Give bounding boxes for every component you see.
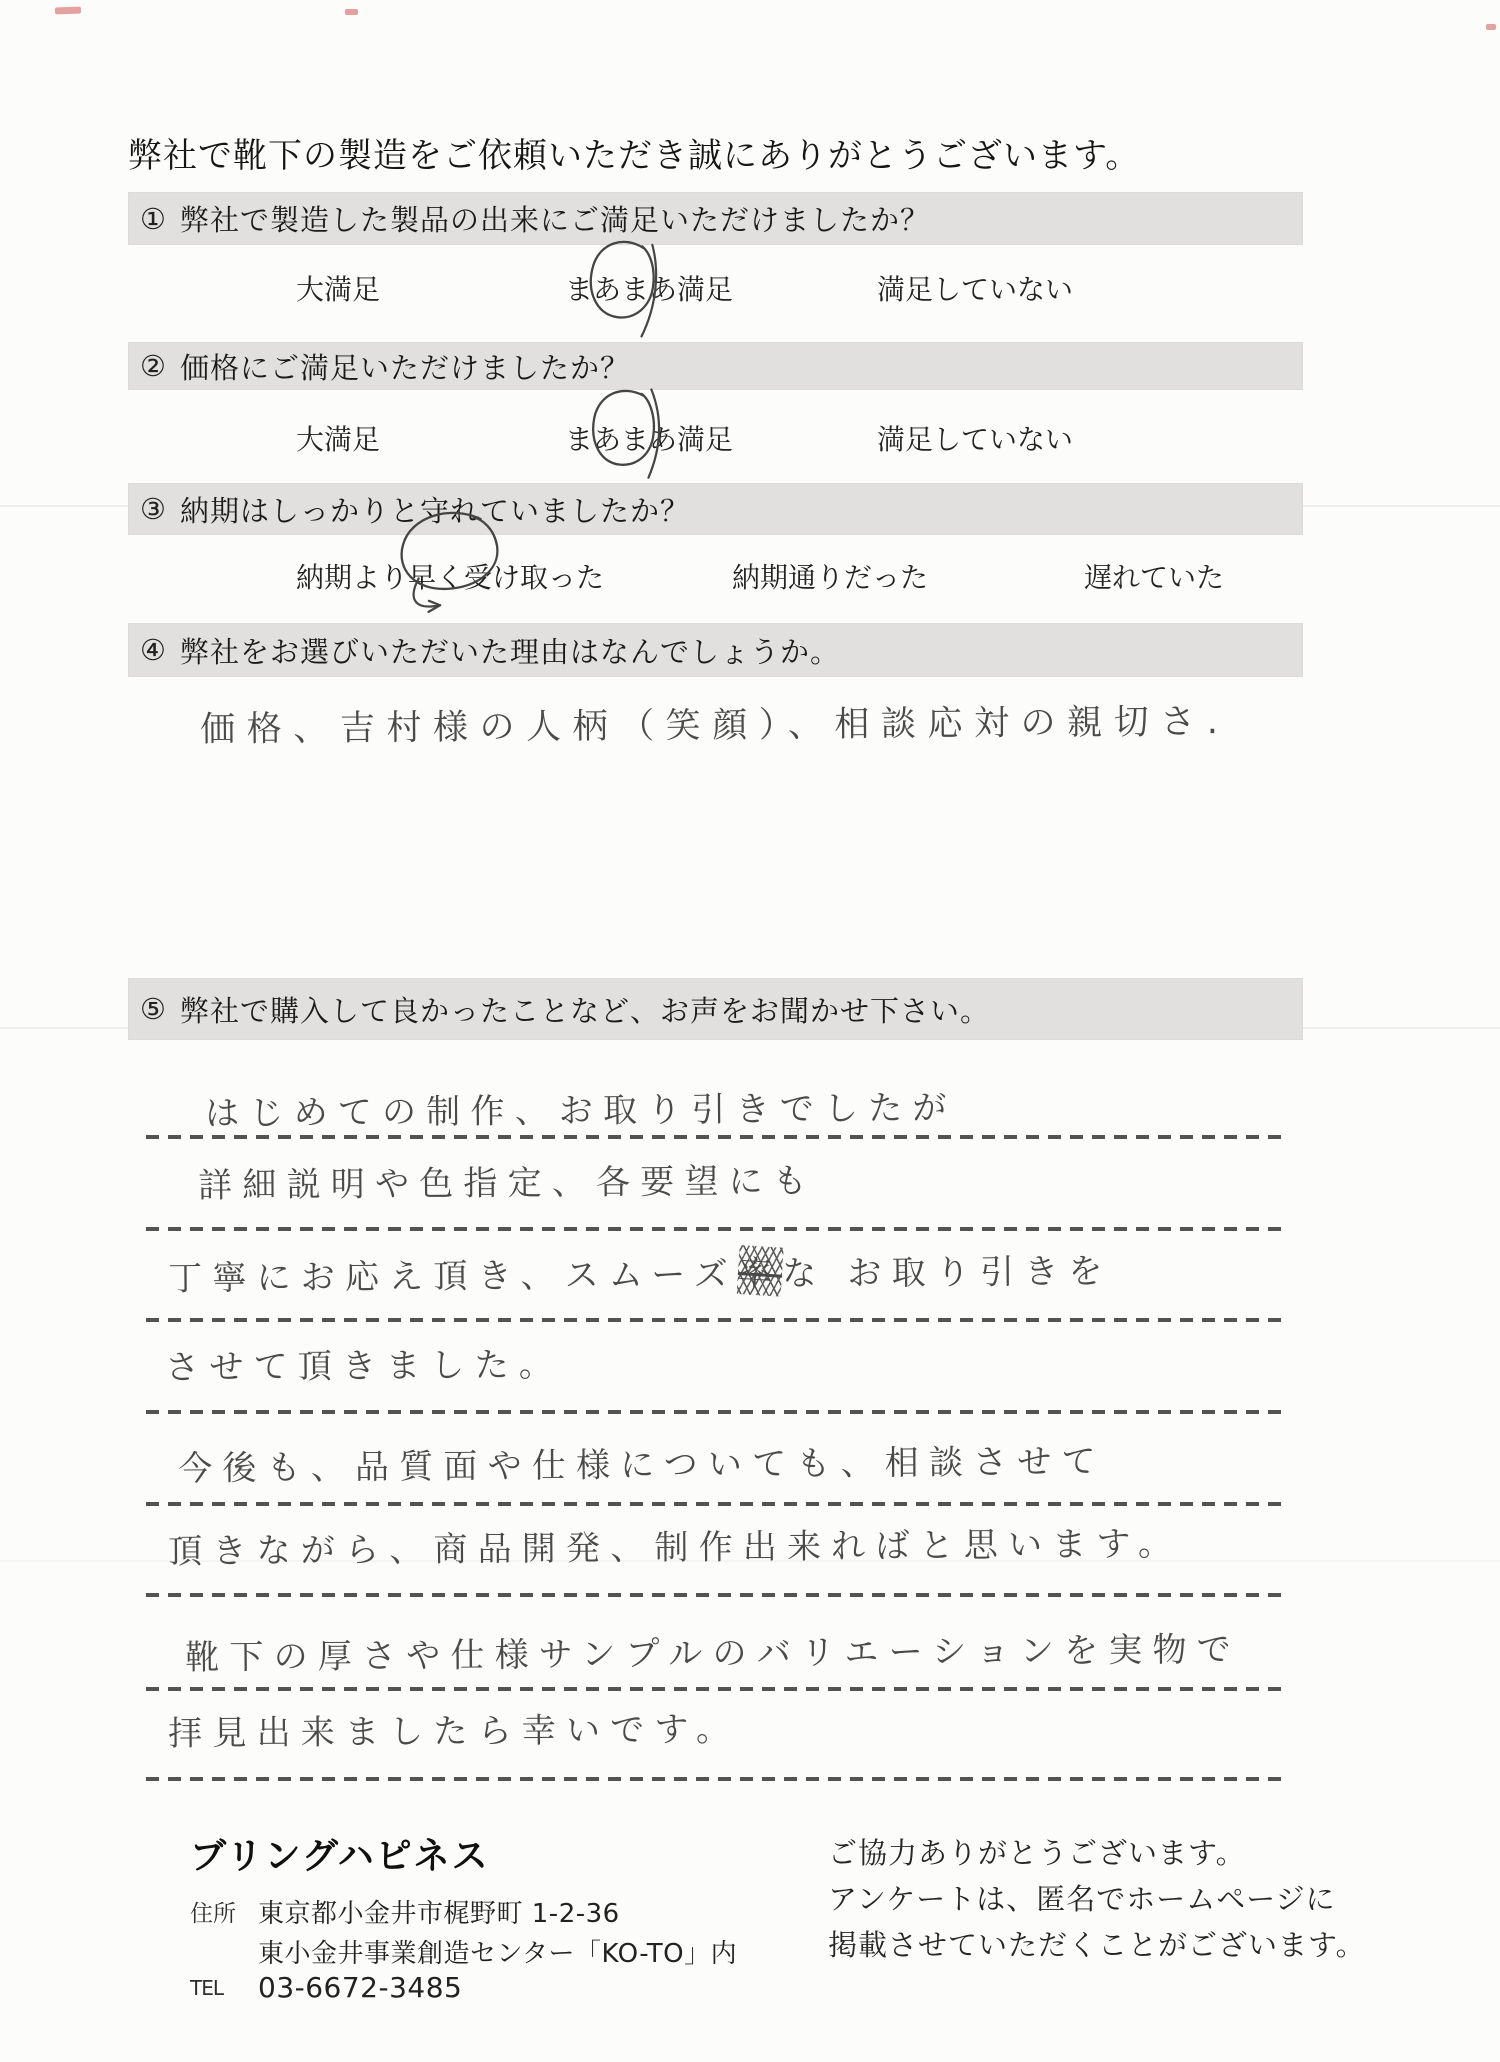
company-name: ブリングハピネス <box>190 1828 490 1879</box>
question-3-bar: ③ 納期はしっかりと守れていましたか？ <box>128 483 1303 535</box>
question-2-option-fuman: 満足していない <box>877 418 1073 458</box>
handwritten-selection-circle-q3 <box>385 504 541 624</box>
dashed-writing-line <box>146 1777 1288 1781</box>
dashed-writing-line <box>146 1687 1288 1691</box>
footer-note-line-1: ご協力ありがとうございます。 <box>828 1831 1246 1872</box>
question-5-bar: ⑤ 弊社で購入して良かったことなど、お声をお聞かせ下さい。 <box>128 978 1303 1040</box>
address-line-2: 東小金井事業創造センター「KO-TO」内 <box>258 1933 737 1970</box>
question-1-text: 弊社で製造した製品の出来にご満足いただけましたか？ <box>180 198 930 239</box>
scan-artifact-mark <box>55 7 81 15</box>
tel-number: 03-6672-3485 <box>258 1971 462 2004</box>
question-3-option-late: 遅れていた <box>1084 556 1224 596</box>
question-1-number: ① <box>140 202 166 236</box>
free-response-line-2: 詳細説明や色指定、各要望にも <box>198 1153 817 1207</box>
question-2-text: 価格にご満足いただけましたか？ <box>180 346 630 387</box>
handwritten-selection-circle-q2 <box>581 384 694 488</box>
dashed-writing-line <box>146 1227 1288 1231</box>
free-response-line-5: 今後も、品質面や仕様についても、相談させて <box>178 1434 1106 1490</box>
scan-artifact-mark <box>345 9 358 15</box>
question-4-number: ④ <box>140 633 166 667</box>
question-3-number: ③ <box>140 492 166 526</box>
dashed-writing-line <box>146 1593 1288 1597</box>
address-label: 住所 <box>190 1895 236 1928</box>
question-2-option-daimanzoku: 大満足 <box>296 418 380 458</box>
question-2-number: ② <box>140 349 166 383</box>
scan-artifact-mark <box>1486 24 1496 30</box>
question-4-handwritten-answer: 価格、吉村様の人柄（笑顔）、相談応対の親切さ. <box>200 694 1230 752</box>
question-4-bar: ④ 弊社をお選びいただいた理由はなんでしょうか。 <box>128 623 1303 677</box>
handwritten-selection-circle-q1 <box>577 235 692 343</box>
question-1-option-fuman: 満足していない <box>877 268 1073 308</box>
question-5-number: ⑤ <box>140 992 166 1026</box>
question-3-option-ontime: 納期通りだった <box>732 556 928 596</box>
free-response-line-7: 靴下の厚さや仕様サンプルのバリエーションを実物で <box>185 1622 1241 1679</box>
free-response-line-3: 丁寧にお応え頂き、スムーズ率な お取り引きを <box>168 1244 1113 1300</box>
scanned-survey-page: 弊社で靴下の製造をご依頼いただき誠にありがとうございます。 ① 弊社で製造した製… <box>0 0 1500 2062</box>
question-4-text: 弊社をお選びいただいた理由はなんでしょうか。 <box>180 630 840 671</box>
dashed-writing-line <box>146 1135 1288 1139</box>
page-title: 弊社で靴下の製造をご依頼いただき誠にありがとうございます。 <box>128 128 1140 177</box>
question-1-option-daimanzoku: 大満足 <box>296 268 380 308</box>
free-response-line-4: させて頂きました。 <box>165 1337 563 1389</box>
dashed-writing-line <box>146 1318 1288 1322</box>
dashed-writing-line <box>146 1502 1288 1506</box>
address-line-1: 東京都小金井市梶野町 1-2-36 <box>258 1893 620 1930</box>
free-response-line-6: 頂きながら、商品開発、制作出来ればと思います。 <box>168 1516 1182 1573</box>
tel-label: TEL <box>190 1976 223 2000</box>
free-response-line-8: 拝見出来ましたら幸いです。 <box>168 1702 740 1755</box>
footer-note-line-2: アンケートは、匿名でホームページに <box>828 1877 1336 1918</box>
scribbled-out-character: 率 <box>737 1245 784 1297</box>
dashed-writing-line <box>146 1410 1288 1414</box>
question-5-text: 弊社で購入して良かったことなど、お声をお聞かせ下さい。 <box>180 989 990 1030</box>
question-2-bar: ② 価格にご満足いただけましたか？ <box>128 342 1303 390</box>
footer-note-line-3: 掲載させていただくことがございます。 <box>828 1923 1366 1964</box>
question-1-bar: ① 弊社で製造した製品の出来にご満足いただけましたか？ <box>128 192 1303 245</box>
free-response-line-1: はじめての制作、お取り引きでしたが <box>205 1080 957 1135</box>
